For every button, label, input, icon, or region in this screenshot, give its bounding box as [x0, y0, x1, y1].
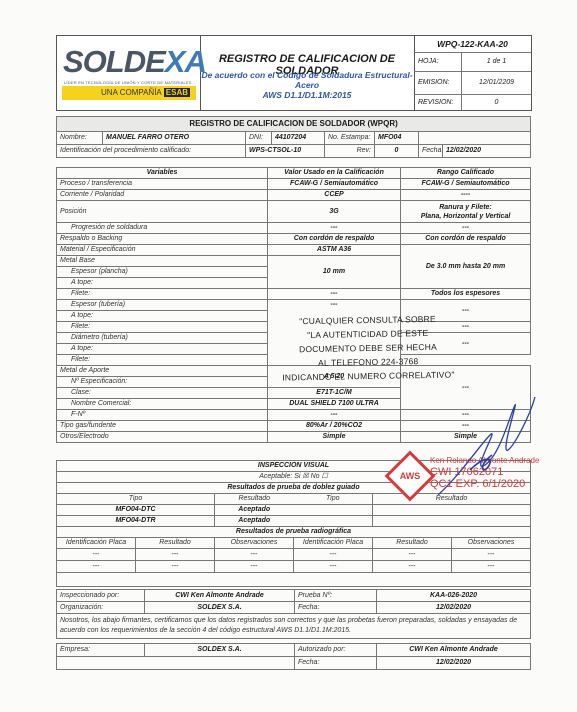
row-valor: ASTM A36 — [268, 245, 401, 256]
radio-cell: --- — [57, 549, 136, 561]
estampa-label: No. Estampa: — [325, 132, 375, 145]
radio-cell: --- — [373, 561, 452, 573]
row-label: Corriente / Polaridad — [57, 190, 268, 201]
document-header: SOLDEXA LÍDER EN TECNOLOGÍA DE UNIÓN Y C… — [56, 35, 532, 111]
row-label: A tope: — [57, 311, 268, 322]
row-label: Nombre Comercial: — [57, 399, 268, 410]
row-label: Posición — [57, 201, 268, 223]
fecha3-label: Fecha: — [295, 657, 377, 670]
procedure-value: WPS-CTSOL-10 — [246, 145, 325, 158]
meta-hoja: HOJA:1 de 1 — [414, 53, 531, 72]
autorizado-label: Autorizado por: — [295, 644, 377, 657]
fecha2-value: 12/02/2020 — [377, 602, 531, 614]
radio-header: Observaciones — [215, 538, 294, 549]
row-rango: ---- — [401, 190, 531, 201]
empty-cell — [419, 132, 531, 145]
rev-label: Rev: — [325, 145, 375, 158]
inspeccionado-label: Inspeccionado por: — [57, 590, 145, 602]
radio-header: Identificación Placa — [57, 538, 136, 549]
inspeccionado-value: CWI Ken Almonte Andrade — [145, 590, 295, 602]
nombre-value: MANUEL FARRO OTERO — [103, 132, 246, 145]
doblez-resultado: Aceptado — [215, 505, 294, 516]
empresa-value: SOLDEX S.A. — [145, 644, 295, 657]
row-valor: 80%Ar / 20%CO2 — [268, 421, 401, 432]
radio-header: Resultado — [136, 538, 215, 549]
dni-value: 44107204 — [272, 132, 325, 145]
row-label: Material / Especificación — [57, 245, 268, 256]
row-rango: FCAW-G / Semiautomático — [401, 179, 531, 190]
radio-header: Resultado — [373, 538, 452, 549]
meta-emision: EMISION:12/01/2209 — [414, 72, 531, 95]
form-title: REGISTRO DE CALIFICACION DE SOLDADOR (WP… — [57, 117, 531, 132]
radio-cell: --- — [57, 561, 136, 573]
row-valor: Simple — [268, 432, 401, 443]
row-valor: E71T-1C/M — [268, 388, 401, 399]
row-label: Filete: — [57, 289, 268, 300]
radio-title: Resultados de prueba radiográfica — [57, 527, 531, 538]
header-variables: Variables — [57, 168, 268, 179]
company-logo: SOLDEXA LÍDER EN TECNOLOGÍA DE UNIÓN Y C… — [57, 36, 201, 110]
radio-header: Observaciones — [452, 538, 531, 549]
logo-brand: SOLDE — [63, 44, 165, 79]
row-label: Filete: — [57, 322, 268, 333]
row-valor: CCEP — [268, 190, 401, 201]
row-label: Clase: — [57, 388, 268, 399]
doblez-tipo — [294, 516, 373, 527]
estampa-value: MFO04 — [375, 132, 419, 145]
emision-value: 12/01/2209 — [462, 72, 531, 94]
row-label: Respaldo o Backing — [57, 234, 268, 245]
welder-info-table: REGISTRO DE CALIFICACION DE SOLDADOR (WP… — [56, 116, 531, 158]
logo-tagline: LÍDER EN TECNOLOGÍA DE UNIÓN Y CORTE DE … — [64, 80, 192, 85]
document-code: WPQ-122-KAA-20 — [414, 36, 531, 53]
hoja-value: 1 de 1 — [462, 53, 531, 71]
row-label: Filete: — [57, 355, 268, 366]
rango-line-1: Ranura y Filete: — [404, 203, 527, 212]
doblez-tipo — [294, 505, 373, 516]
spacer-row — [57, 573, 531, 587]
doblez-row: MFO04-DTC Aceptado — [57, 505, 531, 516]
organizacion-label: Organización: — [57, 602, 145, 614]
autorizado-value: CWI Ken Almonte Andrade — [377, 644, 531, 657]
radio-header: Identificación Placa — [294, 538, 373, 549]
authenticity-stamp: "CUALQUIER CONSULTA SOBRE "LA AUTENTICID… — [267, 311, 468, 384]
document-meta: WPQ-122-KAA-20 HOJA:1 de 1 EMISION:12/01… — [414, 36, 531, 110]
empty-cell — [57, 657, 295, 670]
row-label: A tope: — [57, 278, 268, 289]
prueba-label: Prueba Nº: — [295, 590, 377, 602]
radio-cell: --- — [215, 549, 294, 561]
empresa-label: Empresa: — [57, 644, 145, 657]
subtitle-line-2: AWS D1.1/D1.1M:2015 — [200, 90, 414, 100]
row-label: Progresión de soldadura — [57, 223, 268, 234]
radio-cell: --- — [215, 561, 294, 573]
fecha-label: Fecha: — [419, 145, 443, 158]
logo-band-text: UNA COMPAÑÍA — [101, 88, 162, 97]
document-subtitle: De acuerdo con el Código de Soldadura Es… — [200, 70, 414, 100]
revision-value: 0 — [462, 95, 531, 111]
row-valor: 10 mm — [268, 256, 401, 289]
row-valor: 3G — [268, 201, 401, 223]
radio-row: ------------------ — [57, 561, 531, 573]
procedure-label: Identificación del procedimiento calific… — [57, 145, 246, 158]
row-label: A tope: — [57, 344, 268, 355]
nombre-label: Nombre: — [57, 132, 103, 145]
row-rango: --- — [401, 223, 531, 234]
row-label: F-Nº — [57, 410, 268, 421]
dni-label: DNI: — [246, 132, 272, 145]
row-valor: Con cordón de respaldo — [268, 234, 401, 245]
row-label: Espesor (tubería) — [57, 300, 268, 311]
certification-text: Nosotros, los abajo firmantes, certifica… — [57, 614, 531, 639]
organizacion-value: SOLDEX S.A. — [145, 602, 295, 614]
signature-icon — [430, 395, 540, 505]
doblez-resultado — [373, 516, 531, 527]
revision-label: REVISION: — [414, 95, 462, 111]
radio-cell: --- — [294, 549, 373, 561]
row-label: Tipo gas/fundente — [57, 421, 268, 432]
prueba-value: KAA-026-2020 — [377, 590, 531, 602]
row-label: Proceso / transferencia — [57, 179, 268, 190]
doblez-header: Tipo — [294, 494, 373, 505]
doblez-tipo: MFO04-DTC — [57, 505, 215, 516]
radio-cell: --- — [136, 561, 215, 573]
row-label: Metal Base — [57, 256, 268, 267]
subtitle-line-1: De acuerdo con el Código de Soldadura Es… — [200, 70, 414, 90]
header-rango: Rango Calificado — [401, 168, 531, 179]
row-label: Metal de Aporte — [57, 366, 268, 377]
emision-label: EMISION: — [414, 72, 462, 94]
fecha3-value: 12/02/2020 — [377, 657, 531, 670]
radio-cell: --- — [452, 561, 531, 573]
signoff-table: Inspeccionado por: CWI Ken Almonte Andra… — [56, 589, 531, 670]
header-valor: Valor Usado en la Calificación — [268, 168, 401, 179]
radio-cell: --- — [294, 561, 373, 573]
logo-band: UNA COMPAÑÍAESAB — [62, 86, 196, 100]
doblez-resultado: Aceptado — [215, 516, 294, 527]
radio-cell: --- — [452, 549, 531, 561]
rango-line-2: Plana, Horizontal y Vertical — [404, 212, 527, 221]
row-rango: Todos los espesores — [401, 289, 531, 300]
header-title-box: REGISTRO DE CALIFICACION DE SOLDADOR De … — [200, 36, 415, 110]
row-label: Diámetro (tubería) — [57, 333, 268, 344]
hoja-label: HOJA: — [414, 53, 462, 71]
fecha2-label: Fecha: — [295, 602, 377, 614]
row-valor: --- — [268, 410, 401, 421]
radio-cell: --- — [136, 549, 215, 561]
row-label: Espesor (plancha) — [57, 267, 268, 278]
row-rango: Con cordón de respaldo — [401, 234, 531, 245]
rev-value: 0 — [375, 145, 419, 158]
fecha-value: 12/02/2020 — [443, 145, 531, 158]
doblez-row: MFO04-DTR Aceptado — [57, 516, 531, 527]
row-rango: De 3.0 mm hasta 20 mm — [401, 245, 531, 289]
row-valor: --- — [268, 289, 401, 300]
row-label: Otros/Electrodo — [57, 432, 268, 443]
row-valor: DUAL SHIELD 7100 ULTRA — [268, 399, 401, 410]
aws-logo-text: AWS — [395, 461, 425, 491]
doblez-header: Tipo — [57, 494, 215, 505]
doblez-header: Resultado — [215, 494, 294, 505]
row-rango: Ranura y Filete:Plana, Horizontal y Vert… — [401, 201, 531, 223]
row-label: Nº Especificación: — [57, 377, 268, 388]
radio-cell: --- — [373, 549, 452, 561]
radio-row: ------------------ — [57, 549, 531, 561]
row-valor: --- — [268, 223, 401, 234]
doblez-tipo: MFO04-DTR — [57, 516, 215, 527]
row-valor: FCAW-G / Semiautomático — [268, 179, 401, 190]
doblez-resultado — [373, 505, 531, 516]
esab-brand: ESAB — [164, 88, 190, 97]
meta-revision: REVISION:0 — [414, 95, 531, 111]
